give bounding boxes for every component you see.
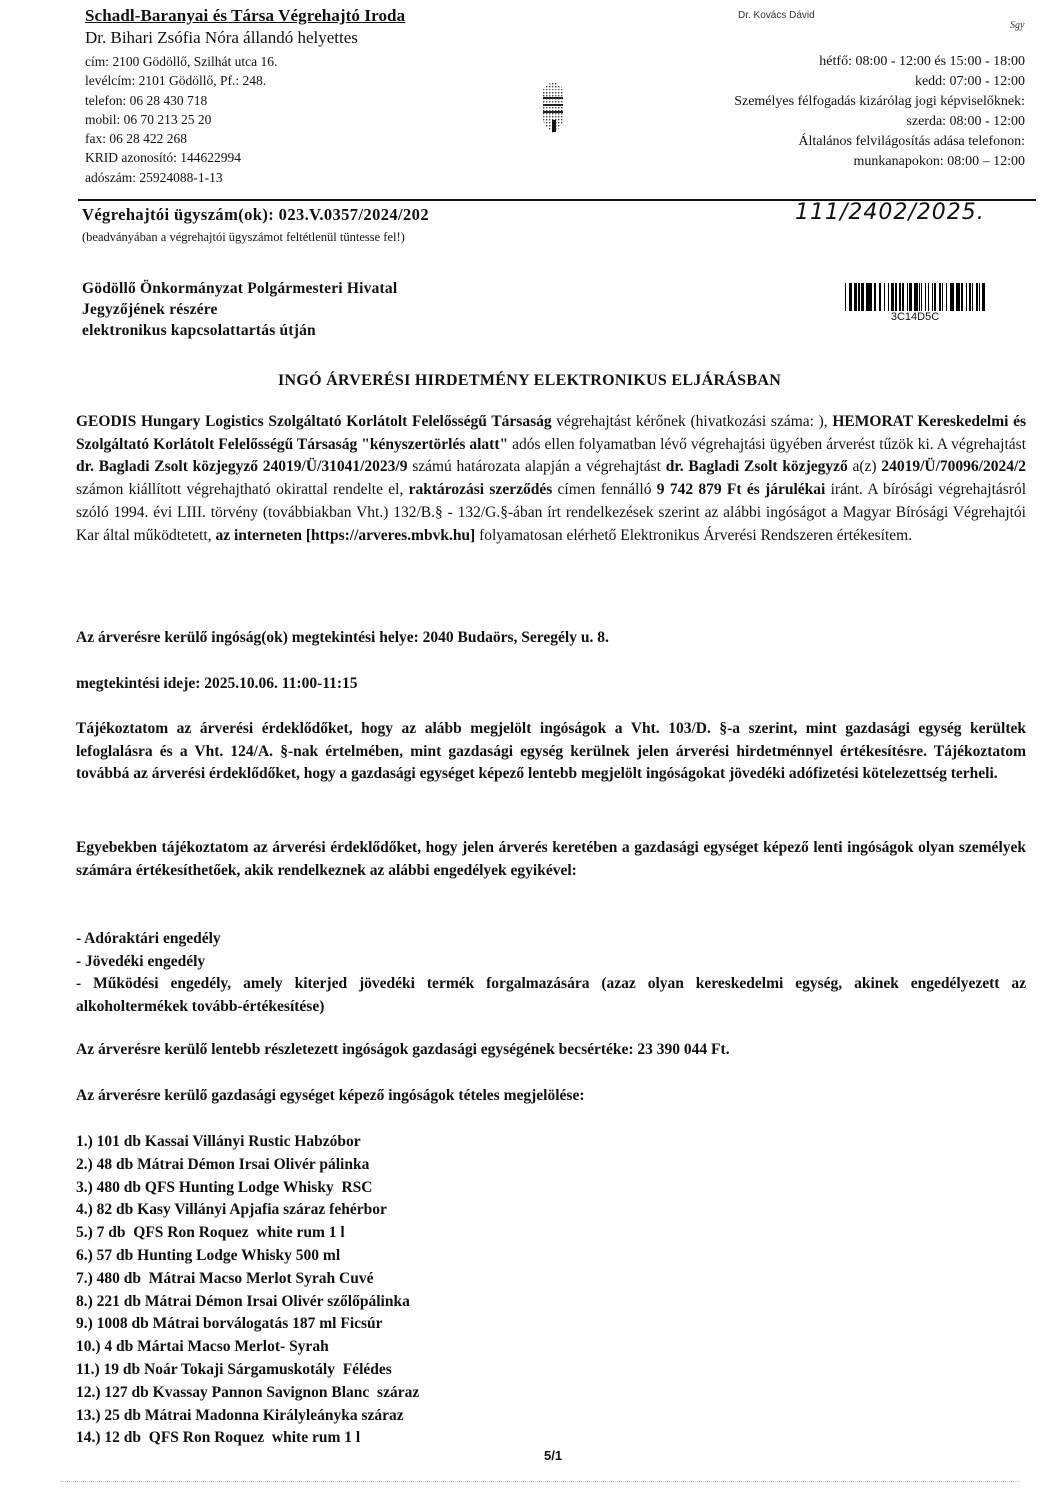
item-list: 1.) 101 db Kassai Villányi Rustic Habzób… [76, 1131, 419, 1450]
permit-list: - Adóraktári engedély - Jövedéki engedél… [76, 928, 1026, 1019]
recipient-line: Gödöllő Önkormányzat Polgármesteri Hivat… [82, 278, 397, 299]
barcode-bar [895, 283, 897, 311]
permit-item: - Működési engedély, amely kiterjed jöve… [76, 973, 1026, 1018]
text: számú határozata alapján a végrehajtást [407, 458, 665, 475]
barcode-bar [979, 283, 980, 311]
hours-workdays: munkanapokon: 08:00 – 12:00 [734, 152, 1025, 172]
postal-address: levélcím: 2101 Gödöllő, Pf.: 248. [85, 71, 277, 90]
recipient-block: Gödöllő Önkormányzat Polgármesteri Hivat… [82, 278, 397, 341]
estimated-value: Az árverésre kerülő lentebb részletezett… [76, 1041, 730, 1059]
permit-item: - Jövedéki engedély [76, 951, 1026, 974]
list-item: 11.) 19 db Noár Tokaji Sárgamuskotály Fé… [76, 1359, 419, 1382]
contact-block: cím: 2100 Gödöllő, Szilhát utca 16. levé… [85, 52, 277, 187]
barcode-bar [934, 283, 936, 311]
document-title: INGÓ ÁRVERÉSI HIRDETMÉNY ELEKTRONIKUS EL… [0, 372, 1059, 390]
barcode-bar [982, 283, 985, 311]
decision-ref: 24019/Ü/31041/2023/9 [263, 458, 408, 475]
barcode-bar [928, 283, 929, 311]
claim-amount: 9 742 879 Ft és járulékai [657, 481, 826, 498]
items-heading: Az árverésre kerülő gazdasági egységet k… [76, 1087, 585, 1105]
barcode-bar [919, 283, 920, 311]
hours-monday: hétfő: 08:00 - 12:00 és 15:00 - 18:00 [734, 52, 1025, 72]
text: folyamatosan elérhető Elektronikus Árver… [475, 527, 912, 544]
barcode-bar [939, 283, 941, 311]
barcode-bar [921, 283, 922, 311]
mobile: mobil: 06 70 213 25 20 [85, 110, 277, 129]
list-item: 3.) 480 db QFS Hunting Lodge Whisky RSC [76, 1177, 419, 1200]
office-hours: hétfő: 08:00 - 12:00 és 15:00 - 18:00 ke… [734, 52, 1025, 172]
list-item: 5.) 7 db QFS Ron Roquez white rum 1 l [76, 1222, 419, 1245]
barcode-bar [861, 283, 864, 311]
document-ref: 24019/Ü/70096/2024/2 [881, 458, 1026, 475]
page-number: 5/1 [544, 1448, 562, 1463]
barcode-bar [910, 283, 912, 311]
handwritten-reference: 111/2402/2025. [795, 200, 985, 225]
list-item: 4.) 82 db Kasy Villányi Apjafia száraz f… [76, 1199, 419, 1222]
barcode-bar [972, 283, 973, 311]
list-item: 8.) 221 db Mátrai Démon Irsai Olivér sző… [76, 1291, 419, 1314]
barcode-bar [961, 283, 963, 311]
barcode-bar [951, 283, 954, 311]
barcode-bar [900, 283, 901, 311]
coat-of-arms-icon [537, 80, 569, 140]
barcode-bar [855, 283, 857, 311]
list-item: 10.) 4 db Mártai Macso Merlot- Syrah [76, 1336, 419, 1359]
barcode-bar [915, 283, 918, 311]
barcode-bar [946, 283, 947, 311]
recipient-line: Jegyzőjének részére [82, 299, 397, 320]
list-item: 1.) 101 db Kassai Villányi Rustic Habzób… [76, 1131, 419, 1154]
deputy-name: Dr. Bihari Zsófia Nóra állandó helyettes [85, 28, 358, 48]
barcode-bar [925, 283, 926, 311]
barcode-bar [884, 283, 885, 311]
hours-wednesday: szerda: 08:00 - 12:00 [734, 112, 1025, 132]
barcode-text: 3C14D5C [870, 311, 960, 323]
phone: telefon: 06 28 430 718 [85, 91, 277, 110]
barcode-bar [907, 283, 908, 311]
intro-paragraph: GEODIS Hungary Logistics Szolgáltató Kor… [76, 411, 1026, 547]
list-item: 9.) 1008 db Mátrai borválogatás 187 ml F… [76, 1313, 419, 1336]
viewing-time: megtekintési ideje: 2025.10.06. 11:00-11… [76, 675, 358, 693]
fax: fax: 06 28 422 268 [85, 129, 277, 148]
barcode-bar [871, 283, 872, 311]
barcode-bar [969, 283, 971, 311]
scan-artifact [60, 1481, 1020, 1483]
list-item: 14.) 12 db QFS Ron Roquez white rum 1 l [76, 1427, 419, 1450]
address: cím: 2100 Gödöllő, Szilhát utca 16. [85, 52, 277, 71]
krid-id: KRID azonosító: 144622994 [85, 148, 277, 167]
barcode-bar [849, 283, 852, 311]
text: címen fennálló [552, 481, 657, 498]
text: számon kiállított végrehajtható okiratta… [76, 481, 409, 498]
signature-mark: Sgy [1010, 20, 1024, 31]
eligibility-paragraph: Egyebekben tájékoztatom az árverési érde… [76, 837, 1026, 882]
text: végrehajtást kérőnek (hivatkozási száma:… [552, 413, 833, 430]
text: adós ellen folyamatban lévő végrehajtási… [508, 436, 1026, 453]
barcode-bar [891, 283, 894, 311]
tax-number: adószám: 25924088-1-13 [85, 168, 277, 187]
case-number: Végrehajtói ügyszám(ok): 023.V.0357/2024… [82, 205, 429, 225]
list-item: 13.) 25 db Mátrai Madonna Királyleányka … [76, 1405, 419, 1428]
contract-type: raktározási szerződés [409, 481, 553, 498]
economic-unit-paragraph: Tájékoztatom az árverési érdeklődőket, h… [76, 718, 1026, 786]
barcode-bar [976, 283, 978, 311]
case-note: (beadványában a végrehajtói ügyszámot fe… [82, 230, 405, 245]
barcode-bar [859, 283, 860, 311]
barcode-bar [888, 283, 889, 311]
hours-phone-label: Általános felvilágosítás adása telefonon… [734, 132, 1025, 152]
auction-url-link[interactable]: az interneten [https://arveres.mbvk.hu] [215, 527, 475, 544]
notary-name: dr. Bagladi Zsolt közjegyző [666, 458, 848, 475]
bailiff-name: Dr. Kovács Dávid [738, 10, 815, 21]
barcode-bar [942, 283, 943, 311]
list-item: 6.) 57 db Hunting Lodge Whisky 500 ml [76, 1245, 419, 1268]
list-item: 12.) 127 db Kvassay Pannon Savignon Blan… [76, 1382, 419, 1405]
barcode-bar [957, 283, 960, 311]
viewing-place: Az árverésre kerülő ingóság(ok) megtekin… [76, 629, 609, 647]
creditor-name: GEODIS Hungary Logistics Szolgáltató Kor… [76, 413, 552, 430]
barcode-bar [966, 283, 967, 311]
text: a(z) [848, 458, 882, 475]
barcode-bar [902, 283, 904, 311]
hours-personal-label: Személyes félfogadás kizárólag jogi képv… [734, 92, 1025, 112]
barcode-bar [932, 283, 933, 311]
barcode [845, 283, 990, 311]
office-name: Schadl-Baranyai és Társa Végrehajtó Irod… [85, 6, 405, 26]
permit-item: - Adóraktári engedély [76, 928, 1026, 951]
recipient-line: elektronikus kapcsolattartás útján [82, 320, 397, 341]
barcode-bar [874, 283, 876, 311]
list-item: 2.) 48 db Mátrai Démon Irsai Olivér páli… [76, 1154, 419, 1177]
barcode-bar [845, 283, 846, 311]
hours-tuesday: kedd: 07:00 - 12:00 [734, 72, 1025, 92]
list-item: 7.) 480 db Mátrai Macso Merlot Syrah Cuv… [76, 1268, 419, 1291]
notary-name: dr. Bagladi Zsolt közjegyző [76, 458, 258, 475]
barcode-bar [880, 283, 881, 311]
